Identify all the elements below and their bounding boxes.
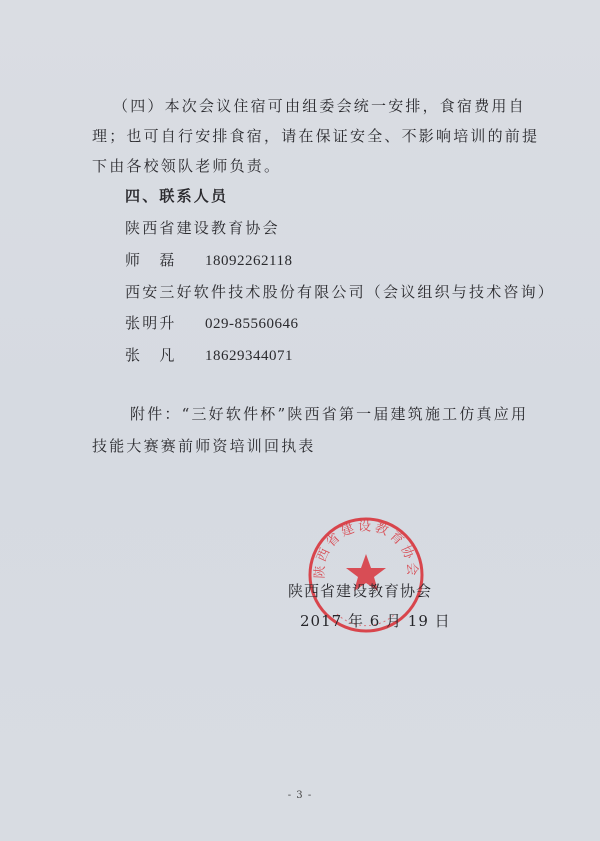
document-page: （四）本次会议住宿可由组委会统一安排，食宿费用自 理；也可自行安排食宿，请在保证… bbox=[0, 0, 600, 841]
contact-row-1: 师 磊18092262118 bbox=[125, 250, 292, 271]
contact-row-2: 张明升029-85560646 bbox=[125, 313, 299, 334]
contact-name: 张明升 bbox=[125, 313, 205, 333]
contact-phone: 18629344071 bbox=[205, 348, 293, 364]
attachment-line-1: 附件：“三好软件杯”陕西省第一届建筑施工仿真应用 bbox=[130, 404, 528, 424]
attachment-line-2: 技能大赛赛前师资培训回执表 bbox=[92, 436, 316, 456]
contact-name: 师 磊 bbox=[125, 250, 205, 270]
signature-date: 2017 年 6 月 19 日 bbox=[300, 610, 451, 631]
contact-org-1: 陕西省建设教育协会 bbox=[125, 218, 280, 238]
contacts-heading: 四、联系人员 bbox=[125, 186, 228, 206]
contact-name: 张 凡 bbox=[125, 345, 205, 365]
contact-row-3: 张 凡18629344071 bbox=[125, 345, 293, 366]
contact-phone: 029-85560646 bbox=[205, 316, 299, 332]
paragraph-four-line-2: 理；也可自行安排食宿，请在保证安全、不影响培训的前提 bbox=[92, 126, 539, 146]
paragraph-four-line-3: 下由各校领队老师负责。 bbox=[92, 156, 281, 176]
page-number: - 3 - bbox=[0, 790, 600, 801]
signature-organization: 陕西省建设教育协会 bbox=[288, 580, 432, 601]
paragraph-four-line-1: （四）本次会议住宿可由组委会统一安排，食宿费用自 bbox=[113, 96, 526, 116]
contact-phone: 18092262118 bbox=[205, 253, 292, 269]
contact-org-2: 西安三好软件技术股份有限公司（会议组织与技术咨询） bbox=[125, 282, 555, 302]
